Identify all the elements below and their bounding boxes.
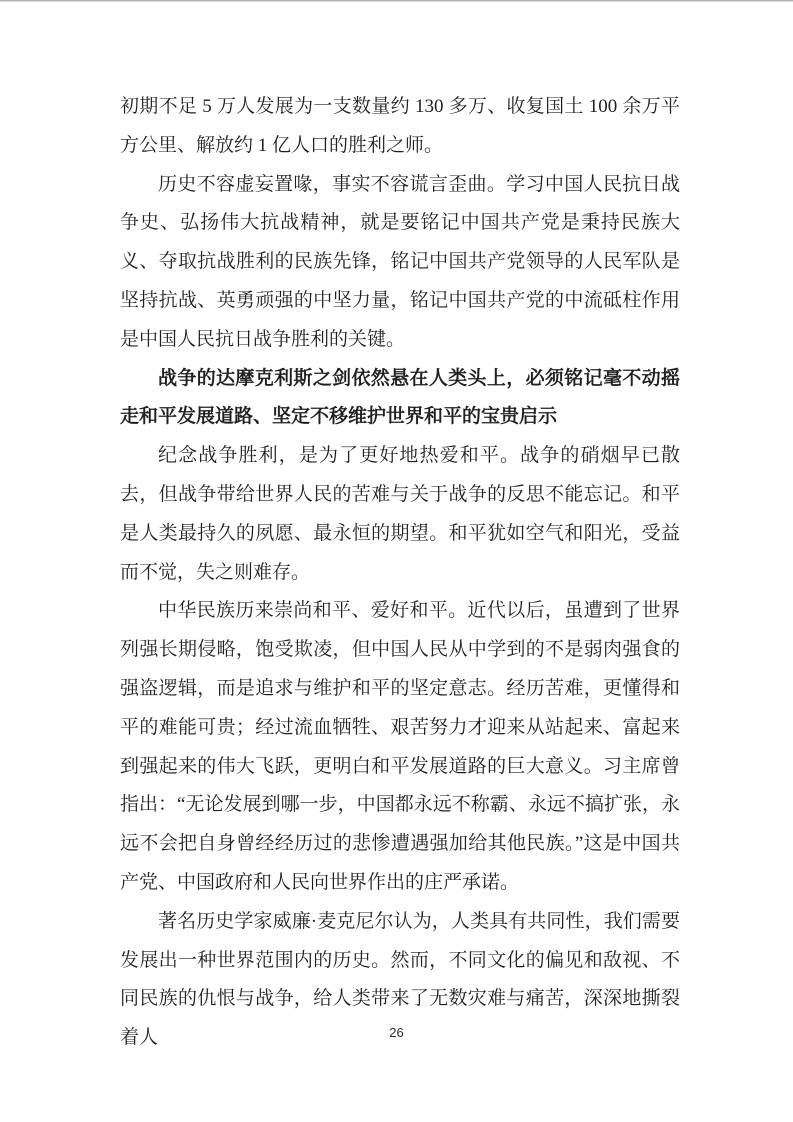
page-footer: 26 bbox=[0, 1024, 793, 1042]
paragraph: 中华民族历来崇尚和平、爱好和平。近代以后，虽遭到了世界列强长期侵略，饱受欺凌，但… bbox=[120, 592, 680, 902]
document-body: 初期不足 5 万人发展为一支数量约 130 多万、收复国土 100 余万平方公里… bbox=[120, 88, 680, 1058]
scan-edge-line bbox=[0, 0, 793, 2]
paragraph: 历史不容虚妄置喙，事实不容谎言歪曲。学习中国人民抗日战争史、弘扬伟大抗战精神，就… bbox=[120, 166, 680, 360]
document-page: 初期不足 5 万人发展为一支数量约 130 多万、收复国土 100 余万平方公里… bbox=[0, 0, 793, 1122]
section-heading: 战争的达摩克利斯之剑依然悬在人类头上，必须铭记毫不动摇走和平发展道路、坚定不移维… bbox=[120, 360, 680, 438]
page-number: 26 bbox=[389, 1025, 403, 1040]
paragraph: 初期不足 5 万人发展为一支数量约 130 多万、收复国土 100 余万平方公里… bbox=[120, 88, 680, 166]
paragraph: 纪念战争胜利，是为了更好地热爱和平。战争的硝烟早已散去，但战争带给世界人民的苦难… bbox=[120, 437, 680, 592]
